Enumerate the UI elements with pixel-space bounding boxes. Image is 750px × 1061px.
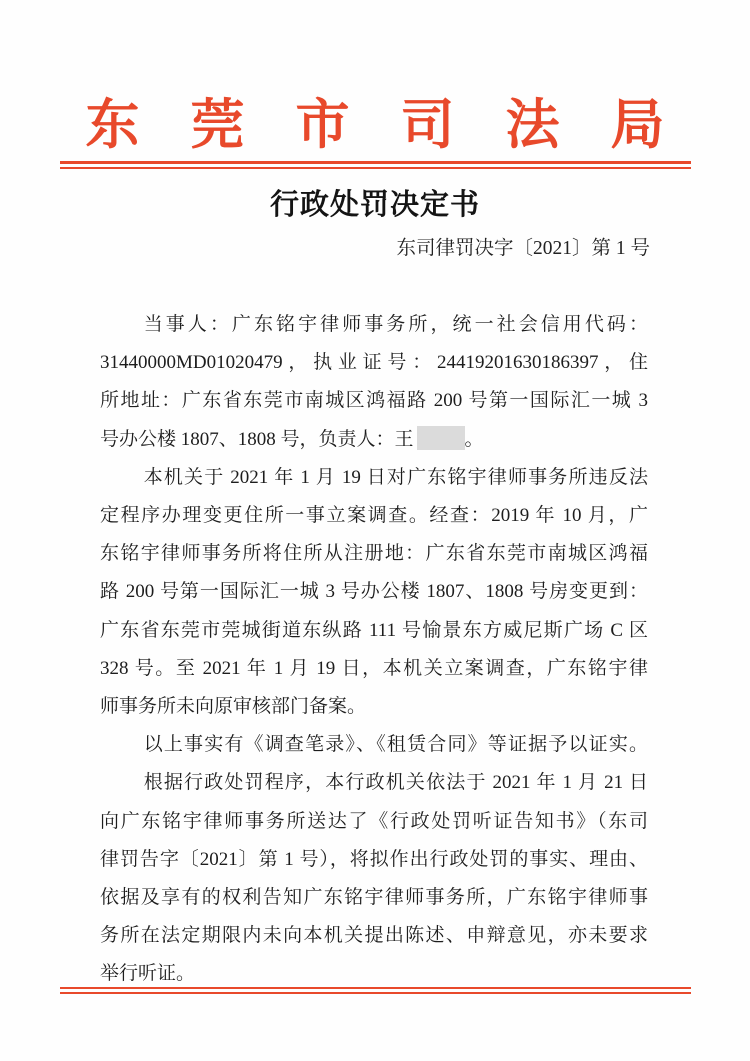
body-line: 定程序办理变更住所一事立案调查。经查：2019 年 10 月，广	[100, 497, 648, 535]
body-line: 当事人：广东铭宇律师事务所，统一社会信用代码：	[100, 306, 648, 344]
agency-name: 东莞市司法局	[86, 94, 716, 156]
body-line: 以上事实有《调查笔录》、《租赁合同》等证据予以证实。	[100, 726, 648, 764]
body-line: 328 号。至 2021 年 1 月 19 日，本机关立案调查，广东铭宇律	[100, 650, 648, 688]
agency-header: 东莞市司法局	[0, 94, 750, 156]
body-line: 东铭宇律师事务所将住所从注册地：广东省东莞市南城区鸿福	[100, 535, 648, 573]
body-line: 师事务所未向原审核部门备案。	[100, 688, 648, 726]
body-line: 31440000MD01020479，执业证号：2441920163018639…	[100, 344, 648, 382]
header-divider	[60, 161, 691, 169]
body-line-redacted: 号办公楼 1807、1808 号，负责人：王。	[100, 421, 648, 459]
body-line: 根据行政处罚程序，本行政机关依法于 2021 年 1 月 21 日	[100, 764, 648, 802]
document-title: 行政处罚决定书	[0, 186, 750, 224]
body-line: 务所在法定期限内未向本机关提出陈述、申辩意见，亦未要求	[100, 917, 648, 955]
body-line: 律罚告字〔2021〕第 1 号），将拟作出行政处罚的事实、理由、	[100, 841, 648, 879]
redacted-line-before: 号办公楼 1807、1808 号，负责人：王	[100, 429, 414, 450]
body-line: 依据及享有的权利告知广东铭宇律师事务所，广东铭宇律师事	[100, 879, 648, 917]
penalty-decision-page: 东莞市司法局 行政处罚决定书 东司律罚决字〔2021〕第 1 号 当事人：广东铭…	[0, 0, 750, 1061]
redaction-box	[417, 426, 465, 450]
redacted-line-after: 。	[465, 429, 484, 450]
body-line: 向广东铭宇律师事务所送达了《行政处罚听证告知书》（东司	[100, 803, 648, 841]
body-line: 本机关于 2021 年 1 月 19 日对广东铭宇律师事务所违反法	[100, 459, 648, 497]
body-line: 所地址：广东省东莞市南城区鸿福路 200 号第一国际汇一城 3	[100, 382, 648, 420]
footer-divider	[60, 987, 691, 994]
document-body: 当事人：广东铭宇律师事务所，统一社会信用代码： 31440000MD010204…	[100, 306, 648, 994]
body-line: 广东省东莞市莞城街道东纵路 111 号愉景东方威尼斯广场 C 区	[100, 612, 648, 650]
body-line: 路 200 号第一国际汇一城 3 号办公楼 1807、1808 号房变更到：	[100, 573, 648, 611]
document-number: 东司律罚决字〔2021〕第 1 号	[0, 236, 650, 262]
